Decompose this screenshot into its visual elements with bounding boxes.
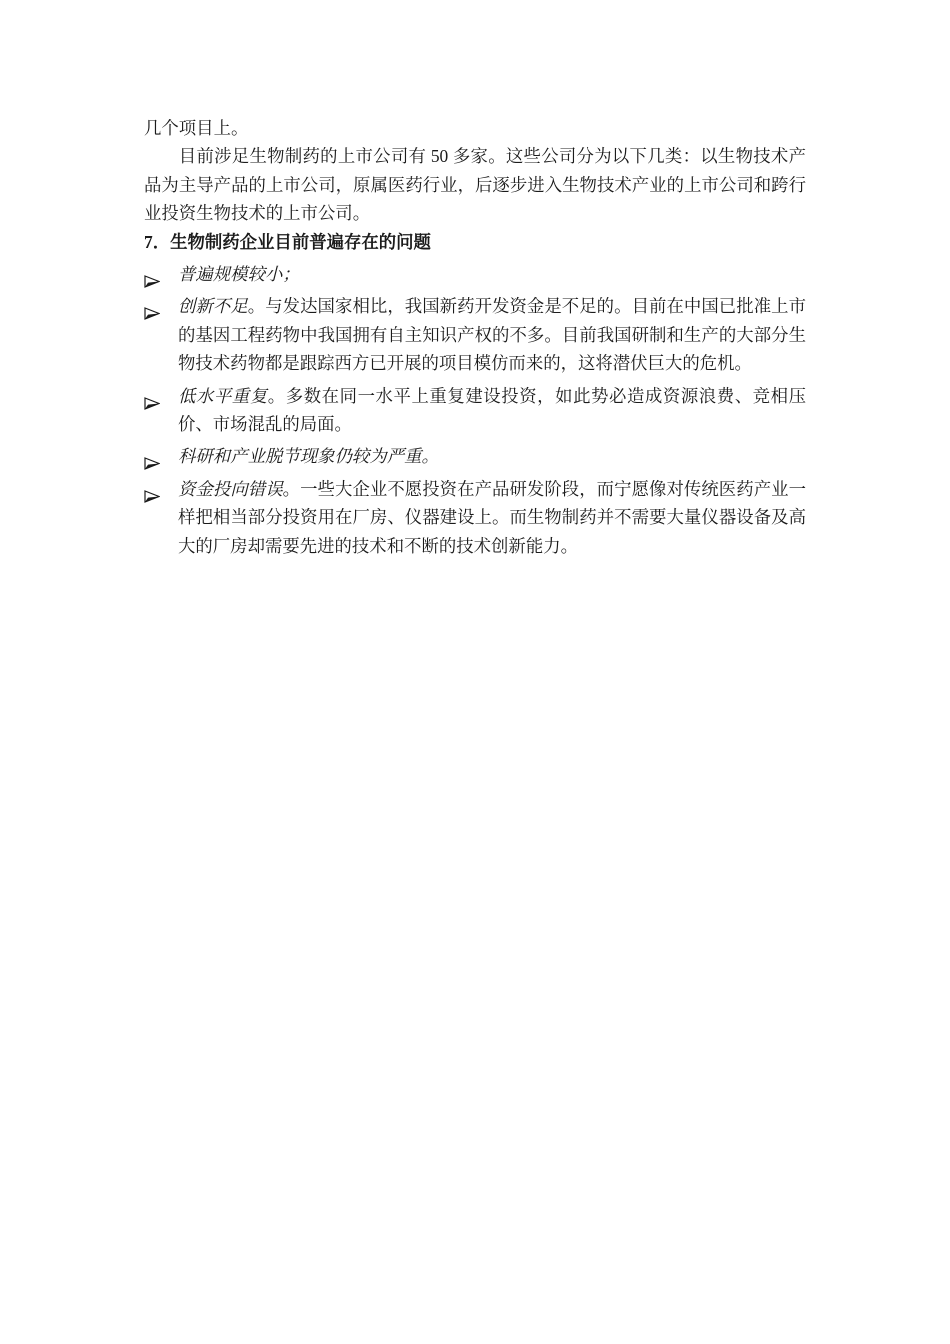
- arrow-bullet-icon: [144, 450, 160, 463]
- bullet-lead-text: 资金投向错误: [178, 479, 283, 499]
- paragraph-listed-companies: 目前涉足生物制药的上市公司有 50 多家。这些公司分为以下几类：以生物技术产品为…: [144, 142, 806, 227]
- bullet-lead-text: 低水平重复: [178, 386, 268, 406]
- document-body: 几个项目上。 目前涉足生物制药的上市公司有 50 多家。这些公司分为以下几类：以…: [144, 114, 806, 560]
- arrow-bullet-icon: [144, 300, 160, 313]
- list-item: 科研和产业脱节现象仍较为严重。: [144, 442, 806, 470]
- arrow-bullet-icon: [144, 390, 160, 403]
- paragraph-continuation: 几个项目上。: [144, 114, 806, 142]
- problems-bullet-list: 普遍规模较小； 创新不足。与发达国家相比，我国新药开发资金是不足的。目前在中国已…: [144, 260, 806, 560]
- list-item: 创新不足。与发达国家相比，我国新药开发资金是不足的。目前在中国已批准上市的基因工…: [144, 292, 806, 377]
- bullet-rest-text: 。与发达国家相比，我国新药开发资金是不足的。目前在中国已批准上市的基因工程药物中…: [178, 296, 806, 373]
- arrow-bullet-icon: [144, 483, 160, 496]
- bullet-lead-text: 科研和产业脱节现象仍较为严重。: [178, 446, 439, 466]
- section-heading-7: 7．生物制药企业目前普遍存在的问题: [144, 228, 806, 256]
- list-item: 资金投向错误。一些大企业不愿投资在产品研发阶段，而宁愿像对传统医药产业一样把相当…: [144, 475, 806, 560]
- bullet-lead-text: 创新不足: [178, 296, 248, 316]
- list-item: 低水平重复。多数在同一水平上重复建设投资，如此势必造成资源浪费、竞相压价、市场混…: [144, 382, 806, 439]
- bullet-rest-text: 。多数在同一水平上重复建设投资，如此势必造成资源浪费、竞相压价、市场混乱的局面。: [178, 386, 806, 434]
- list-item: 普遍规模较小；: [144, 260, 806, 288]
- document-page: 几个项目上。 目前涉足生物制药的上市公司有 50 多家。这些公司分为以下几类：以…: [0, 0, 950, 1344]
- bullet-lead-text: 普遍规模较小；: [178, 264, 300, 284]
- arrow-bullet-icon: [144, 268, 160, 281]
